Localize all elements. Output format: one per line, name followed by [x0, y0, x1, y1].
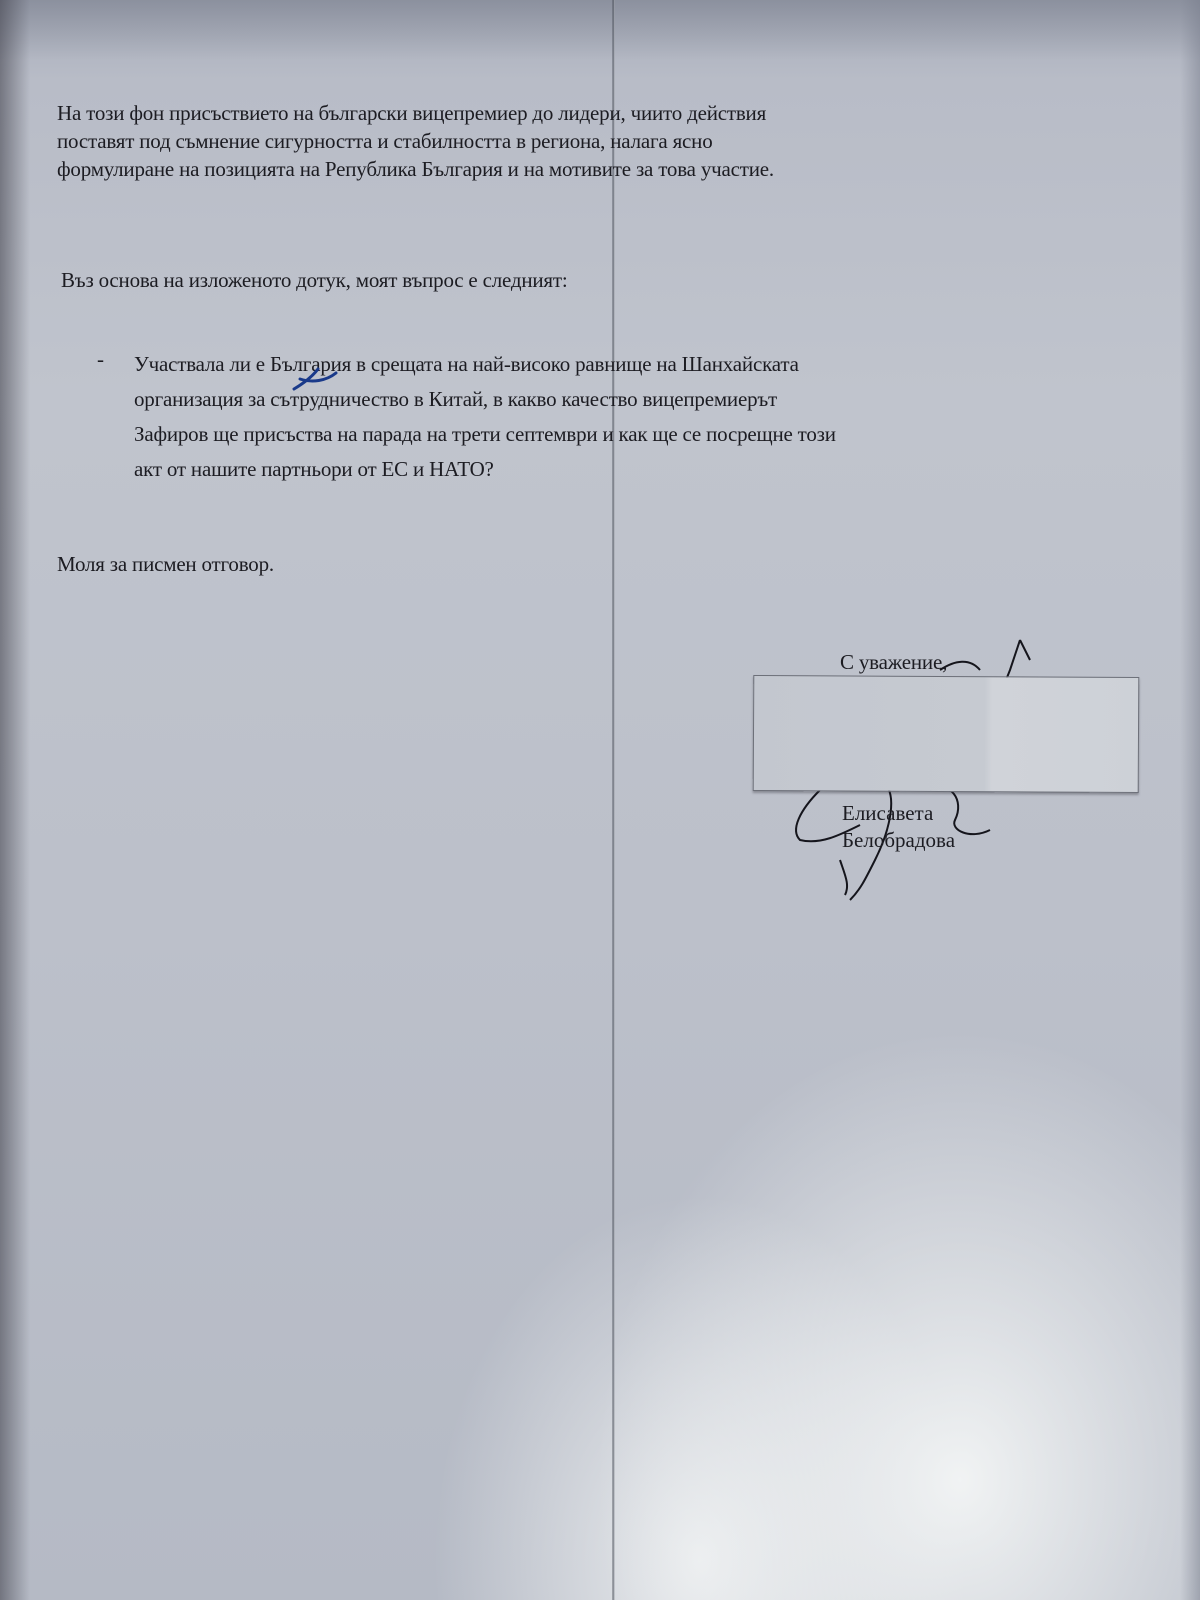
question-line: акт от нашите партньори от ЕС и НАТО?: [134, 452, 836, 487]
signer-name: Елисавета Белобрадова: [842, 800, 955, 854]
signer-first-name: Елисавета: [842, 800, 955, 827]
right-edge-shadow: [1180, 0, 1200, 1600]
paragraph-line: формулиране на позицията на Република Бъ…: [57, 155, 774, 183]
paragraph-line: На този фон присъствието на български ви…: [57, 99, 774, 127]
document-paper: [0, 0, 1200, 1600]
question-lead-in: Въз основа на изложеното дотук, моят въп…: [61, 266, 567, 294]
question-text: Участвала ли е България в срещата на най…: [134, 347, 836, 487]
closing-salutation: С уважение,: [840, 648, 947, 676]
paper-fold-line: [612, 0, 615, 1600]
top-shadow: [0, 0, 1200, 60]
question-line: Зафиров ще присъства на парада на трети …: [134, 417, 836, 452]
left-shadow: [0, 0, 30, 1600]
redaction-patch: [753, 675, 1140, 793]
signer-last-name: Белобрадова: [842, 827, 955, 854]
paragraph-line: поставят под съмнение сигурността и стаб…: [57, 127, 774, 155]
intro-paragraph: На този фон присъствието на български ви…: [57, 99, 774, 183]
bullet-marker: -: [97, 347, 104, 372]
request-line: Моля за писмен отговор.: [57, 550, 274, 578]
question-line: Участвала ли е България в срещата на най…: [134, 347, 836, 382]
question-line: организация за сътрудничество в Китай, в…: [134, 382, 836, 417]
